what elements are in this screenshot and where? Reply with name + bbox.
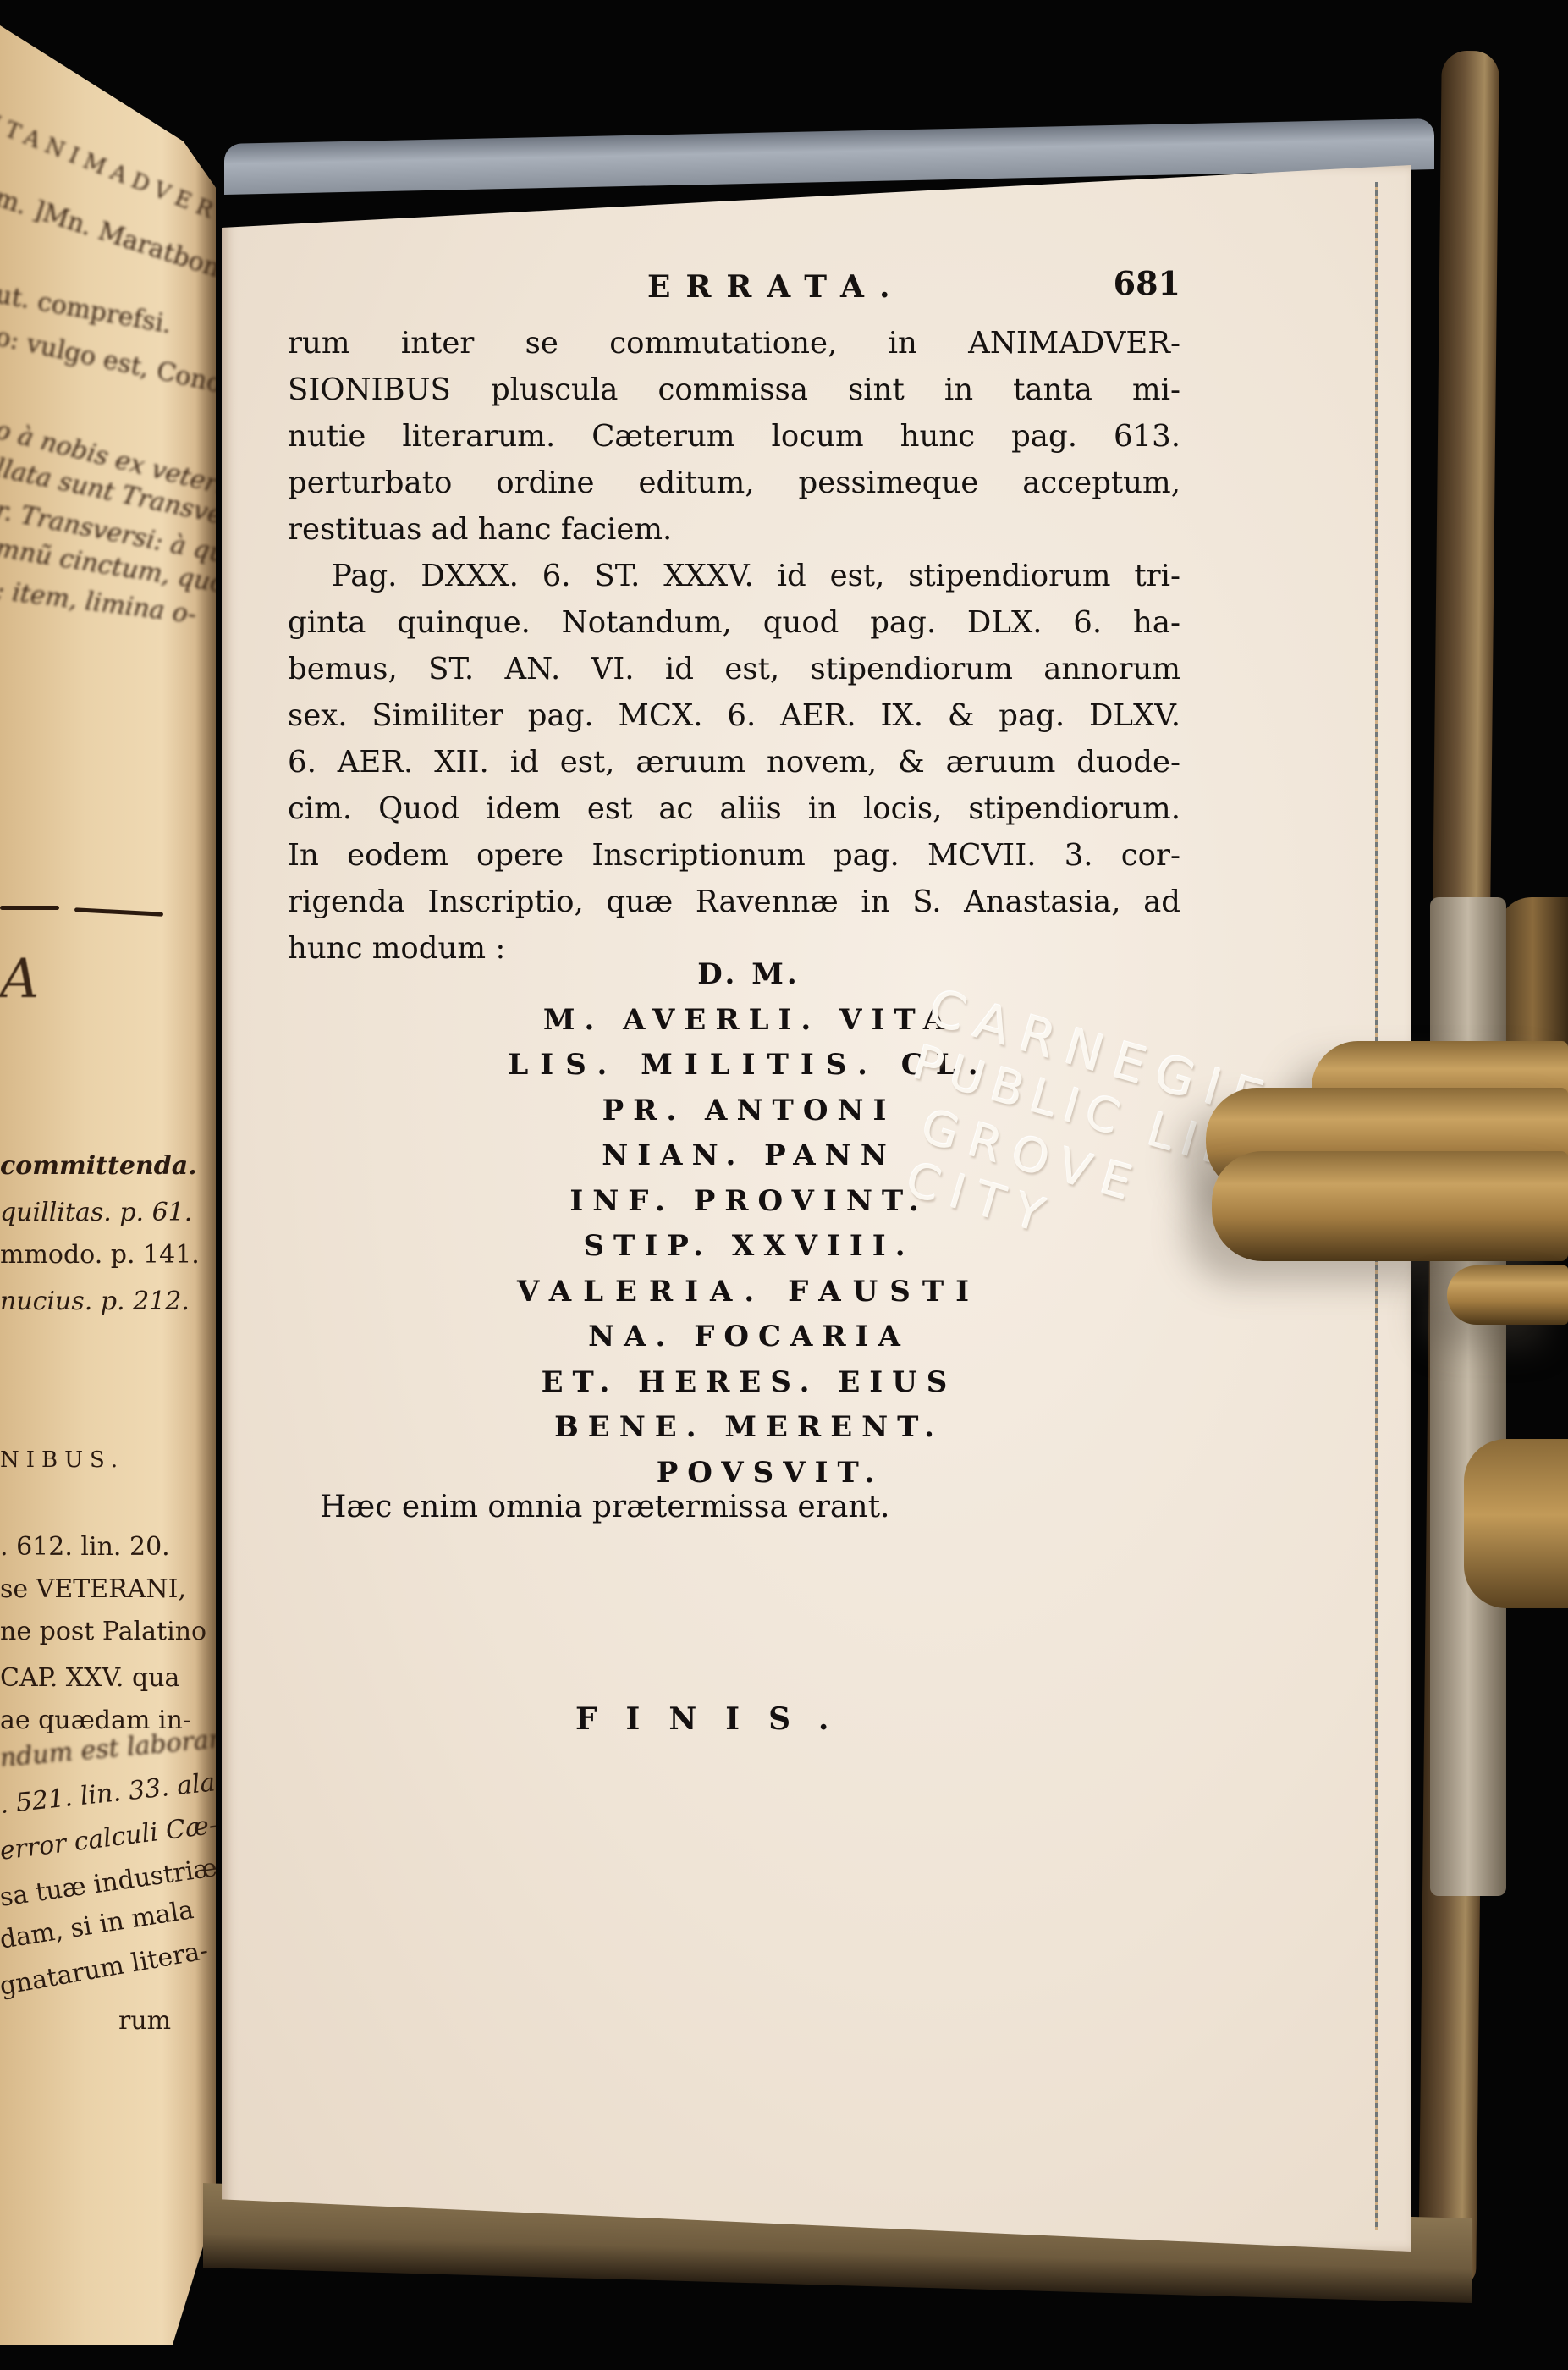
left-page-rule xyxy=(0,906,59,910)
left-page-index-entry: committenda. xyxy=(0,1151,197,1181)
page-number: 681 xyxy=(1114,264,1180,302)
left-page-line: se VETERANI, xyxy=(0,1574,186,1604)
text-line: 6. AER. XII. id est, æruum novem, & æruu… xyxy=(288,739,1180,785)
left-page-line: ne post Palatino xyxy=(0,1617,206,1646)
errata-text-block: ERRATA. 681 rum inter se commutatione, i… xyxy=(288,269,1180,972)
text-line: SIONIBUS pluscula commissa sint in tanta… xyxy=(288,367,1180,413)
text-line: rigenda Inscriptio, quæ Ravennæ in S. An… xyxy=(288,879,1180,925)
inscription-line: INF. PROVINT. xyxy=(453,1179,1045,1225)
inscription-line: D. M. xyxy=(453,952,1045,998)
inscription-line: POVSVIT. xyxy=(453,1451,1045,1496)
left-page-line: . 521. lin. 33. ala xyxy=(0,1767,216,1820)
text-line: ginta quinque. Notandum, quod pag. DLX. … xyxy=(288,599,1180,646)
running-title: ERRATA. xyxy=(647,269,905,305)
book-photo: ITANIMADVERS. m. ]Mn. Maratbona. ut. com… xyxy=(0,0,1568,2370)
inscription-line: LIS. MILITIS. CL. xyxy=(453,1043,1045,1089)
inscription-line: VALERIA. FAUSTI xyxy=(453,1270,1045,1315)
brass-finger xyxy=(1212,1151,1568,1261)
brass-hand-page-holder xyxy=(1185,897,1568,1896)
brass-thumb xyxy=(1464,1439,1568,1608)
inscription-line: ET. HERES. EIUS xyxy=(453,1360,1045,1406)
left-page-index-entry: mmodo. p. 141. xyxy=(0,1240,200,1270)
text-line: In eodem opere Inscriptionum pag. MCVII.… xyxy=(288,832,1180,879)
roman-inscription: D. M. M. AVERLI. VITA LIS. MILITIS. CL. … xyxy=(453,952,1045,1496)
inscription-line: STIP. XXVIII. xyxy=(453,1224,1045,1270)
paragraph-2: Pag. DXXX. 6. ST. XXXV. id est, stipendi… xyxy=(288,553,1180,972)
text-line: sex. Similiter pag. MCX. 6. AER. IX. & p… xyxy=(288,692,1180,739)
left-page-line: o: vulgo est, Conon. xyxy=(0,322,216,404)
text-line: rum inter se commutatione, in ANIMADVER- xyxy=(288,320,1180,367)
inscription-line: BENE. MERENT. xyxy=(453,1405,1045,1451)
text-line: nutie literarum. Cæterum locum hunc pag.… xyxy=(288,413,1180,460)
left-page-index-entry: nucius. p. 212. xyxy=(0,1287,190,1316)
left-page-rule xyxy=(74,907,163,916)
inscription-line: NA. FOCARIA xyxy=(453,1315,1045,1360)
gutter-shadow xyxy=(195,25,216,2345)
closing-line: Hæc enim omnia prætermissa erant. xyxy=(320,1490,890,1524)
left-page-heading-letter: A xyxy=(0,948,39,1011)
left-page-line: . 612. lin. 20. xyxy=(0,1532,170,1562)
text-line: cim. Quod idem est ac aliis in locis, st… xyxy=(288,785,1180,832)
inscription-line: M. AVERLI. VITA xyxy=(453,998,1045,1044)
running-head: ERRATA. 681 xyxy=(288,269,1180,320)
brass-finger xyxy=(1447,1265,1568,1325)
left-page: ITANIMADVERS. m. ]Mn. Maratbona. ut. com… xyxy=(0,25,216,2345)
paragraph-1: rum inter se commutatione, in ANIMADVER-… xyxy=(288,320,1180,553)
text-line: perturbato ordine editum, pessimeque acc… xyxy=(288,460,1180,506)
text-line: restituas ad hanc faciem. xyxy=(288,506,1180,553)
left-page-line: rum xyxy=(118,2006,171,2036)
text-line: bemus, ST. AN. VI. id est, stipendiorum … xyxy=(288,646,1180,692)
left-page-index-entry: quillitas. p. 61. xyxy=(0,1198,192,1227)
finis-mark: FINIS. xyxy=(575,1701,857,1737)
inscription-line: NIAN. PANN xyxy=(453,1133,1045,1179)
left-page-section-heading: NIBUS. xyxy=(0,1447,124,1473)
left-page-line: CAP. XXV. qua xyxy=(0,1663,179,1693)
inscription-line: PR. ANTONI xyxy=(453,1089,1045,1134)
text-line: Pag. DXXX. 6. ST. XXXV. id est, stipendi… xyxy=(288,553,1180,599)
